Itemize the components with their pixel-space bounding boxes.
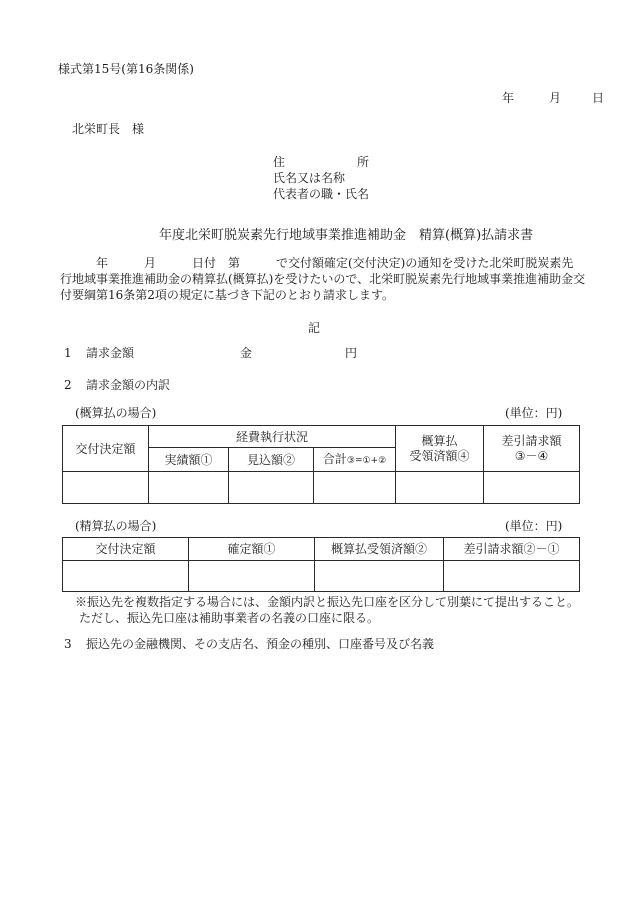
gaisan-header-keihi-group: 経費執行状況 <box>149 426 396 448</box>
item1-number: 1 <box>64 345 72 361</box>
date-day-label: 日 <box>592 90 604 106</box>
seisan-table-unit: (単位：円) <box>505 518 562 534</box>
gaisan-header-goukei-prefix: 合計 <box>323 452 347 466</box>
gaisan-header-gaisan-zumi: 概算払 受領済額④ <box>396 426 484 472</box>
gaisan-table-unit: (単位：円) <box>505 405 562 421</box>
item2-label: 請求金額の内訳 <box>86 377 170 393</box>
form-number: 様式第15号(第16条関係) <box>58 61 194 77</box>
gaisan-header-jisseki: 実績額① <box>149 448 229 472</box>
gaisan-cell-gaisan-zumi <box>396 472 484 504</box>
sender-name-label: 氏名又は名称 <box>273 170 345 186</box>
gaisan-cell-jisseki <box>149 472 229 504</box>
item2-number: 2 <box>64 377 72 393</box>
gaisan-table-caption: (概算払の場合) <box>75 405 156 421</box>
body-line-1: 年 月 日付 第 で交付額確定(交付決定)の通知を受けた北栄町脱炭素先 <box>60 256 600 272</box>
note-line-1: ※振込先を複数指定する場合には、金額内訳と振込先口座を区分して別葉にて提出するこ… <box>75 594 579 610</box>
addressee: 北栄町長 様 <box>72 121 144 137</box>
body-line-3: 付要綱第16条第2項の規定に基づき下記のとおり請求します。 <box>60 288 600 304</box>
body-paragraph: 年 月 日付 第 で交付額確定(交付決定)の通知を受けた北栄町脱炭素先 行地域事… <box>60 256 600 303</box>
note-line-2: ただし、振込先口座は補助事業者の名義の口座に限る。 <box>79 610 379 626</box>
amount-yen-label: 円 <box>345 345 357 361</box>
seisan-cell-koufu <box>63 561 189 592</box>
seisan-cell-kakutei <box>189 561 315 592</box>
gaisan-header-goukei: 合計③=①+② <box>314 448 396 472</box>
seisan-header-sashihiki: 差引請求額②－① <box>444 538 580 561</box>
gaisan-cell-koufu <box>63 472 149 504</box>
record-mark: 記 <box>308 320 320 336</box>
document-page: 様式第15号(第16条関係) 年 月 日 北栄町長 様 住 所 氏名又は名称 代… <box>0 0 630 903</box>
seisan-cell-sashihiki <box>444 561 580 592</box>
sender-address-label: 住 所 <box>273 154 369 170</box>
date-month-label: 月 <box>549 90 561 106</box>
item3-number: 3 <box>64 636 72 652</box>
gaisan-header-mikomi: 見込額② <box>229 448 314 472</box>
item1-label: 請求金額 <box>86 345 134 361</box>
gaisan-header-gaisan-line2: 受領済額④ <box>396 449 483 464</box>
gaisan-cell-sashihiki <box>484 472 580 504</box>
gaisan-header-goukei-formula: ③=①+② <box>347 456 386 466</box>
gaisan-header-koufu: 交付決定額 <box>63 426 149 472</box>
seisan-table: 交付決定額 確定額① 概算払受領済額② 差引請求額②－① <box>62 537 580 592</box>
seisan-data-row <box>63 561 580 592</box>
seisan-cell-gaisan-zumi <box>315 561 444 592</box>
document-title: 年度北栄町脱炭素先行地域事業推進補助金 精算(概算)払請求書 <box>159 228 533 244</box>
seisan-header-gaisan-zumi: 概算払受領済額② <box>315 538 444 561</box>
body-line-2: 行地域事業推進補助金の精算払(概算払)を受けたいので、北栄町脱炭素先行地域事業推… <box>60 272 600 288</box>
amount-kin-label: 金 <box>240 345 252 361</box>
item3-label: 振込先の金融機関、その支店名、預金の種別、口座番号及び名義 <box>86 636 434 652</box>
seisan-table-caption: (精算払の場合) <box>75 518 156 534</box>
sender-representative-label: 代表者の職・氏名 <box>273 186 369 202</box>
gaisan-header-gaisan-line1: 概算払 <box>396 434 483 449</box>
date-year-label: 年 <box>502 90 514 106</box>
gaisan-data-row <box>63 472 580 504</box>
gaisan-header-sashihiki: 差引請求額 ③－④ <box>484 426 580 472</box>
seisan-header-kakutei: 確定額① <box>189 538 315 561</box>
gaisan-table: 交付決定額 経費執行状況 概算払 受領済額④ 差引請求額 ③－④ 実績額① 見込… <box>62 425 580 504</box>
seisan-header-koufu: 交付決定額 <box>63 538 189 561</box>
gaisan-cell-mikomi <box>229 472 314 504</box>
gaisan-header-sashihiki-line1: 差引請求額 <box>484 434 579 449</box>
gaisan-header-sashihiki-line2: ③－④ <box>484 449 579 464</box>
gaisan-cell-goukei <box>314 472 396 504</box>
